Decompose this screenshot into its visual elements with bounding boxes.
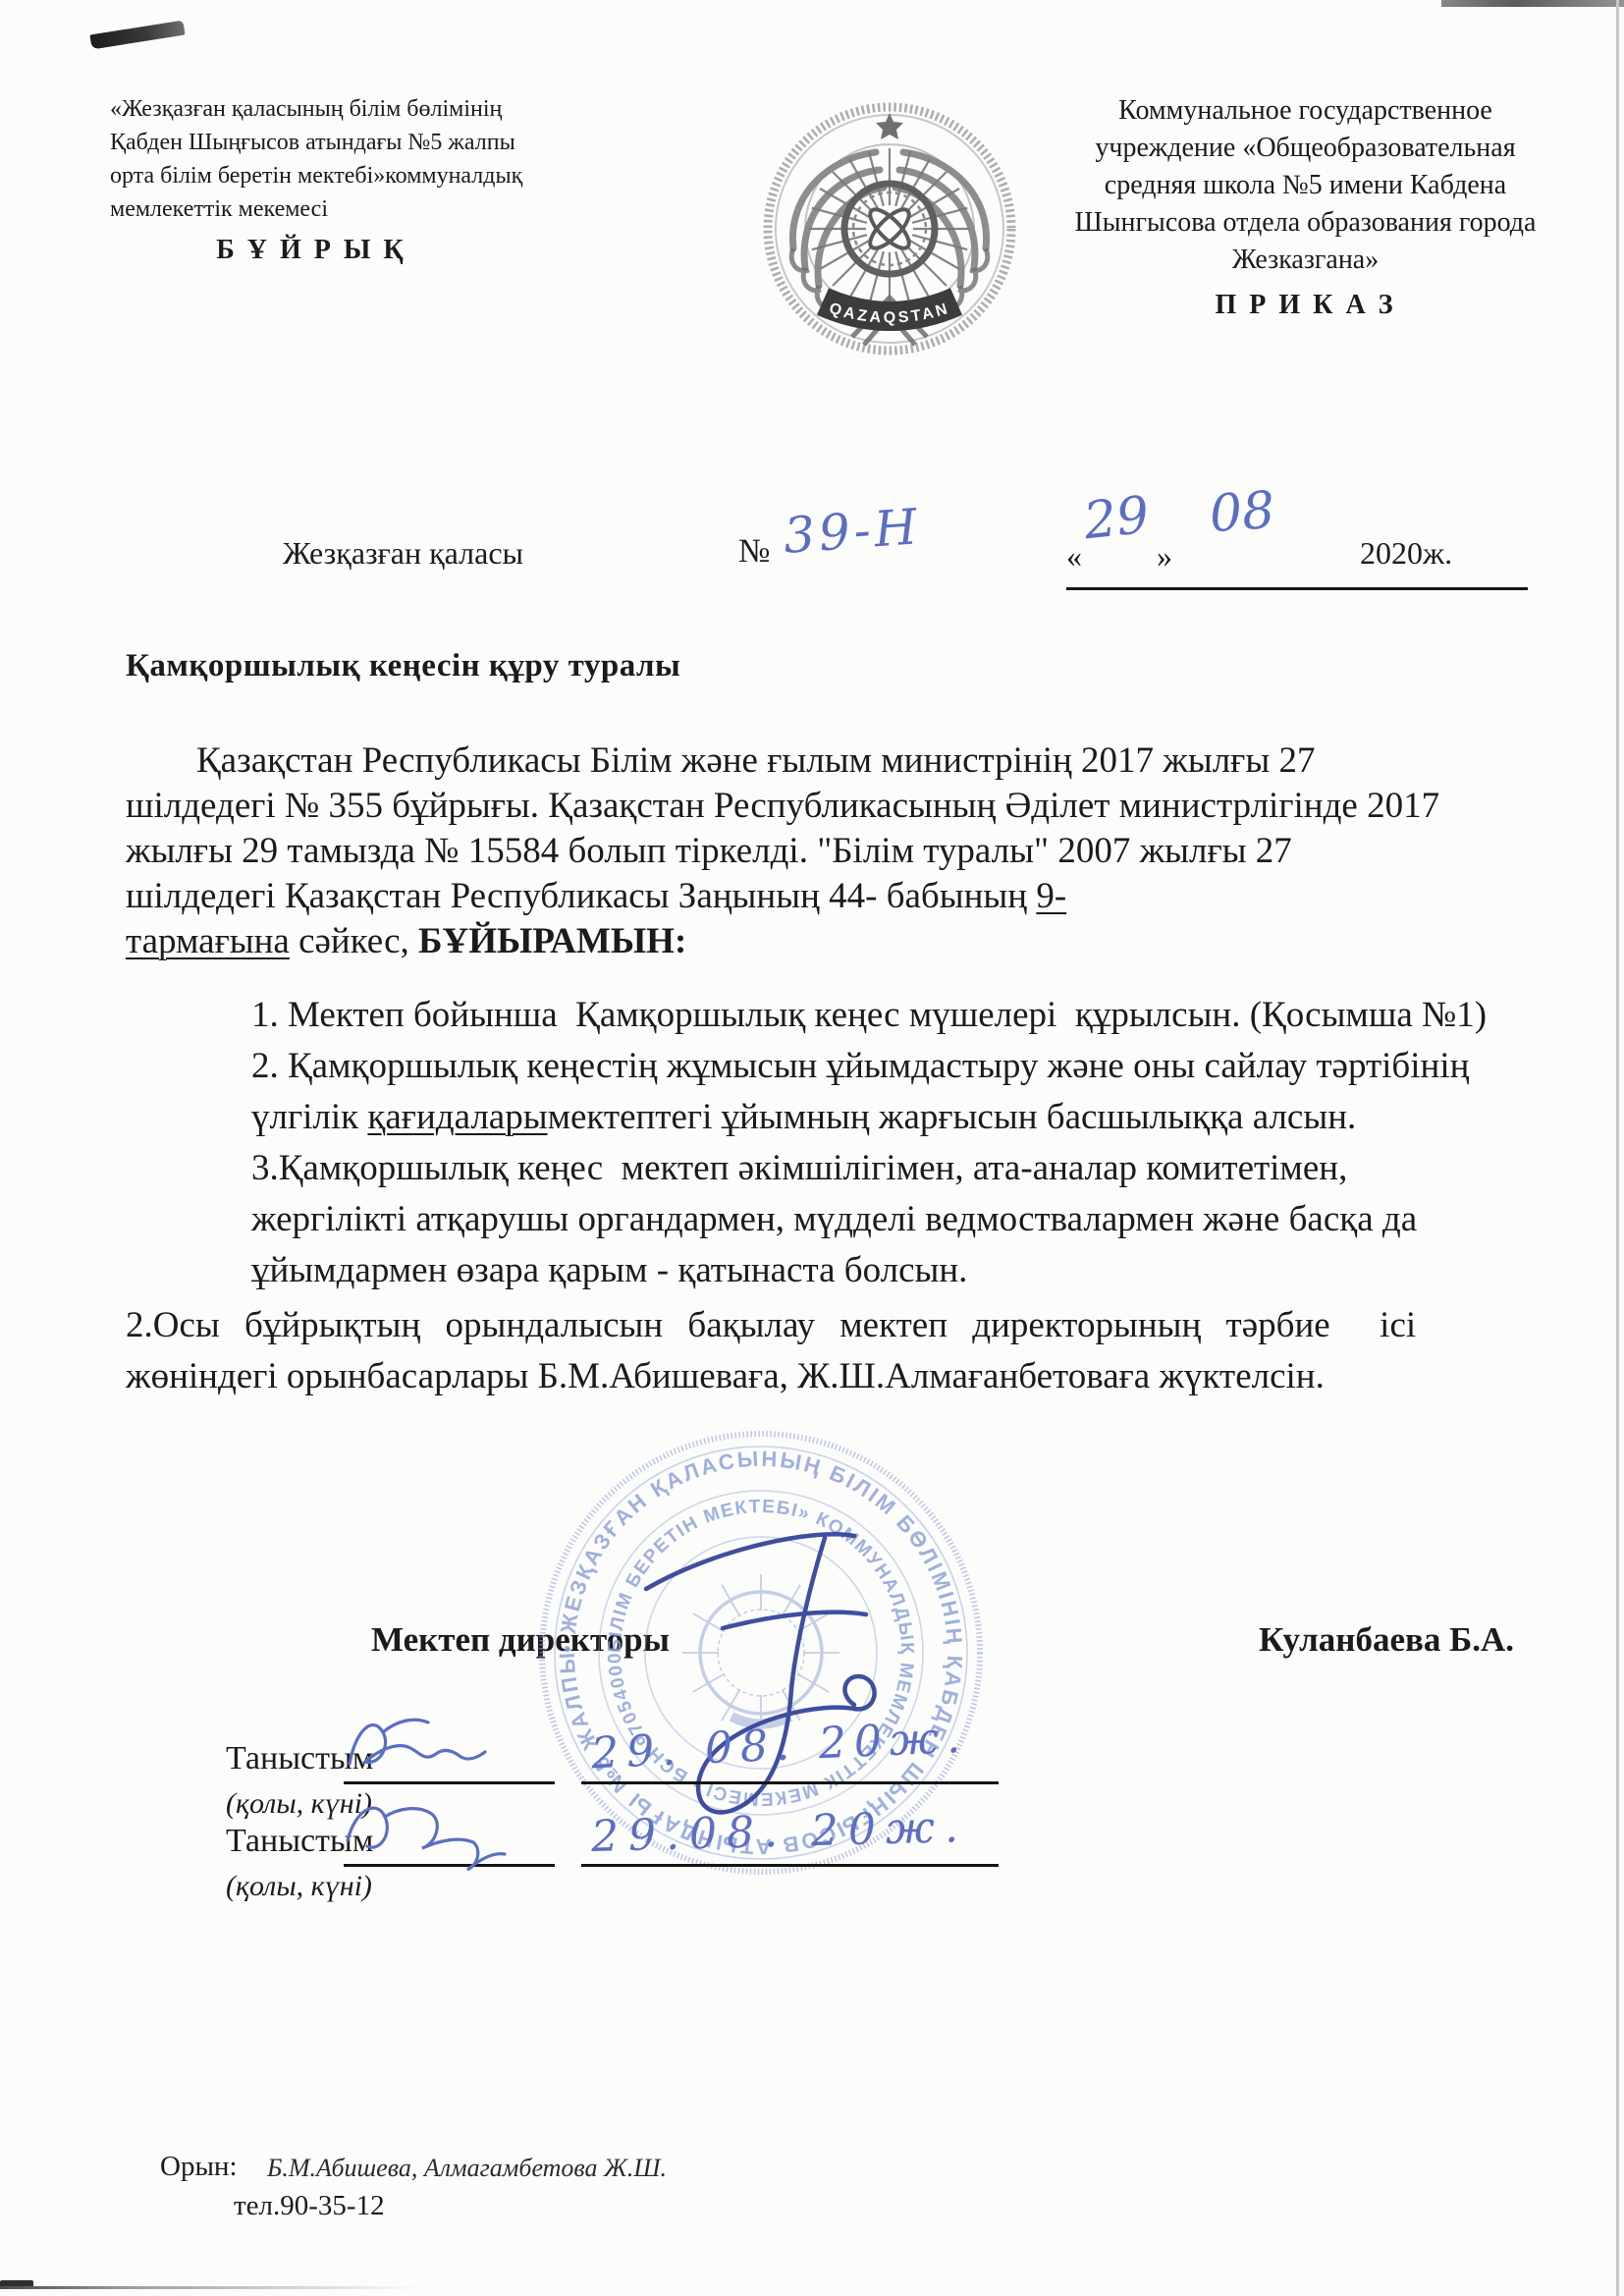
emblem-shanyrak: [865, 204, 915, 254]
org-kk-line1: «Жезқазған қаласының білім бөлімінің: [110, 92, 513, 126]
item-2-line2-pre: үлгілік: [251, 1097, 367, 1137]
date-year: 2020ж.: [1360, 535, 1452, 572]
date-quote-close: »: [1157, 538, 1172, 574]
preamble-line2: шілдедегі № 355 бұйрығы. Қазақстан Респу…: [126, 784, 1589, 829]
preamble-line5-underlined: тармағына: [126, 921, 290, 961]
order-title: Қамқоршылық кеңесін құру туралы: [126, 648, 680, 684]
org-kk-line3: орта білім беретін мектебі»коммуналдық: [110, 159, 513, 192]
footer-phone: тел.90-35-12: [234, 2190, 385, 2222]
director-name: Куланбаева Б.А.: [1259, 1620, 1514, 1660]
control-line1: 2.Осы бұйрықтың орындалысын бақылау мект…: [126, 1300, 1589, 1351]
order-word-russian: П Р И К А З: [1023, 287, 1588, 324]
item-2-line2-post: мектептегі ұйымның жарғысын басшылыққа а…: [548, 1097, 1357, 1137]
preamble-line4-text: шілдедегі Қазақстан Республикасы Заңының…: [126, 876, 1036, 916]
item-2-line1: 2. Қамқоршылық кеңестің жұмысын ұйымдаст…: [251, 1041, 1597, 1092]
order-number-sign: №: [738, 533, 770, 571]
ack1-signature: [336, 1707, 562, 1785]
control-line2: жөніндегі орынбасарлары Б.М.Абишеваға, Ж…: [126, 1351, 1589, 1402]
ack2-date-handwritten: 29.08. 20ж.: [590, 1802, 968, 1862]
org-ru-line1: Коммунальное государственное: [1023, 92, 1588, 130]
org-ru-line3: средняя школа №5 имени Кабдена: [1023, 167, 1588, 204]
preamble-line4: шілдедегі Қазақстан Республикасы Заңының…: [126, 874, 1589, 919]
order-items: 1. Мектеп бойынша Қамқоршылық кеңес мүше…: [251, 990, 1597, 1296]
scan-mark-top-right: [1441, 0, 1624, 7]
org-ru-line5: Жезказгана»: [1023, 242, 1588, 279]
org-ru-line4: Шынгысова отдела образования города: [1023, 204, 1588, 242]
scan-mark-top-left: [89, 21, 185, 50]
order-number-handwritten: 39-Н: [782, 498, 923, 565]
order-verb-bold: БҰЙЫРАМЫН:: [418, 921, 686, 961]
preamble-line3: жылғы 29 тамызда № 15584 болып тіркелді.…: [126, 829, 1589, 874]
scan-edge-bottom: [0, 2286, 422, 2289]
org-ru-line2: учреждение «Общеобразовательная: [1023, 130, 1588, 167]
scan-edge-right: [1616, 0, 1619, 2296]
preamble-line5: тармағына сәйкес, БҰЙЫРАМЫН:: [126, 919, 1589, 964]
date-month-handwritten: 08: [1208, 481, 1276, 544]
control-paragraph: 2.Осы бұйрықтың орындалысын бақылау мект…: [126, 1300, 1589, 1402]
emblem-star: [876, 113, 903, 139]
ack2-note: (қолы, күні): [226, 1870, 372, 1903]
city-label: Жезқазған қаласы: [283, 535, 523, 572]
item-2-line2-underlined: қағидалары: [367, 1097, 547, 1137]
footer-executor-label: Орын:: [160, 2151, 238, 2183]
item-1: 1. Мектеп бойынша Қамқоршылық кеңес мүше…: [251, 990, 1597, 1041]
item-3-line3: ұйымдармен өзара қарым - қатынаста болсы…: [251, 1245, 1597, 1296]
order-word-kazakh: Б Ұ Й Р Ы Қ: [110, 234, 513, 267]
scanned-order-document: «Жезқазған қаласының білім бөлімінің Қаб…: [0, 0, 1624, 2296]
footer-executor-names: Б.М.Абишева, Алмагамбетова Ж.Ш.: [267, 2154, 667, 2183]
date-underline: [1066, 587, 1528, 590]
scan-mark-bottom-left: [0, 2280, 33, 2288]
date-day-handwritten: 29: [1081, 486, 1152, 552]
date-quote-open: «: [1066, 538, 1082, 574]
preamble-line5-text: сәйкес,: [290, 921, 418, 961]
org-kk-line4: мемлекеттік мекемесі: [110, 192, 513, 226]
org-kk-line2: Қабден Шыңғысов атындағы №5 жалпы: [110, 126, 513, 159]
item-2-line2: үлгілік қағидаларымектептегі ұйымның жар…: [251, 1092, 1597, 1143]
kazakhstan-emblem-icon: QAZAQSTAN: [758, 101, 1021, 364]
order-preamble: Қазақстан Республикасы Білім және ғылым …: [126, 738, 1589, 964]
item-3-line2: жергілікті атқарушы органдармен, мүдделі…: [251, 1194, 1597, 1245]
org-name-russian: Коммунальное государственное учреждение …: [1023, 92, 1588, 324]
org-name-kazakh: «Жезқазған қаласының білім бөлімінің Қаб…: [110, 92, 513, 267]
preamble-line1: Қазақстан Республикасы Білім және ғылым …: [126, 738, 1589, 784]
preamble-line4-underlined: 9-: [1036, 876, 1066, 916]
item-3-line1: 3.Қамқоршылық кеңес мектеп әкімшілігімен…: [251, 1143, 1597, 1194]
emblem-sun-rays: [809, 148, 970, 309]
ack2-signature: [336, 1789, 562, 1883]
